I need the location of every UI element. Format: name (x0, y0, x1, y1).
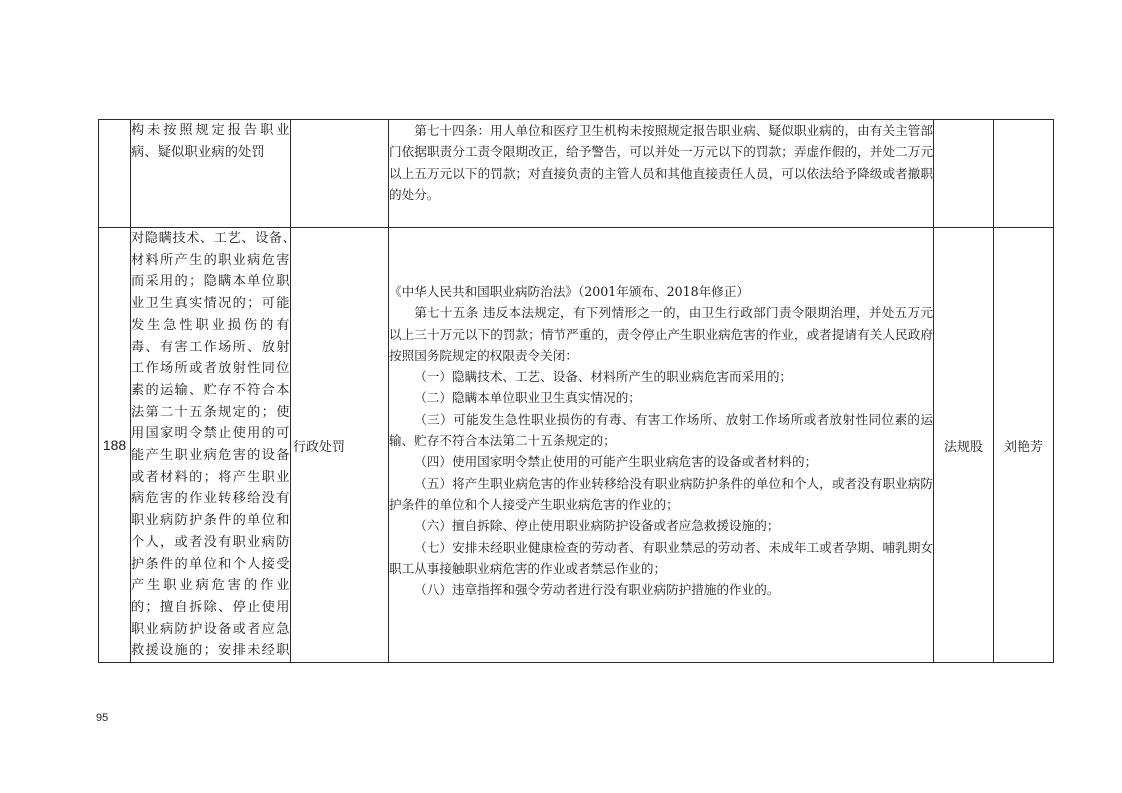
legal-basis-paragraph: 第七十四条：用人单位和医疗卫生机构未按照规定报告职业病、疑似职业病的，由有关主管… (389, 120, 933, 205)
item-name-line: 的；擅自拆除、停止使用 (131, 597, 290, 619)
item-name-line: 能产生职业病危害的设备 (131, 445, 290, 467)
item-number-cell (99, 120, 131, 228)
item-name-line: 对隐瞒技术、工艺、设备、 (131, 228, 290, 250)
legal-basis-clause: （六）擅自拆除、停止使用职业病防护设备或者应急救援设施的； (389, 515, 933, 536)
item-type-cell (291, 120, 389, 228)
item-number-cell: 188 (99, 228, 131, 663)
legal-basis-clause: （二）隐瞒本单位职业卫生真实情况的； (389, 387, 933, 408)
item-name-line: 职业病防护设备或者应急 (131, 619, 290, 641)
item-type-cell: 行政处罚 (291, 228, 389, 663)
item-name-line: 业卫生真实情况的；可能 (131, 293, 290, 315)
responsible-person-cell: 刘艳芳 (994, 228, 1054, 663)
item-name-line: 个人，或者没有职业病防 (131, 532, 290, 554)
legal-basis-clause: （七）安排未经职业健康检查的劳动者、有职业禁忌的劳动者、未成年工或者孕期、哺乳期… (389, 537, 933, 580)
item-name-line: 病、疑似职业病的处罚 (131, 142, 290, 164)
department-cell (934, 120, 994, 228)
item-name-line: 救援设施的；安排未经职 (131, 640, 290, 662)
responsible-person-cell (994, 120, 1054, 228)
item-name-line: 法第二十五条规定的；使 (131, 402, 290, 424)
item-name-line: 职业病防护条件的单位和 (131, 510, 290, 532)
law-title: 《中华人民共和国职业病防治法》（2001年颁布、2018年修正） (389, 281, 933, 302)
item-name-line: 构未按照规定报告职业 (131, 120, 290, 142)
item-name-line: 工作场所或者放射性同位 (131, 358, 290, 380)
item-name-cell: 对隐瞒技术、工艺、设备、 材料所产生的职业病危害 而采用的；隐瞒本单位职 业卫生… (131, 228, 291, 663)
item-name-line: 毒、有害工作场所、放射 (131, 337, 290, 359)
item-name-line: 素的运输、贮存不符合本 (131, 380, 290, 402)
item-name-line: 用国家明令禁止使用的可 (131, 423, 290, 445)
item-name-line: 病危害的作业转移给没有 (131, 488, 290, 510)
legal-basis-cell: 《中华人民共和国职业病防治法》（2001年颁布、2018年修正） 第七十五条 违… (389, 228, 934, 663)
legal-basis-clause: （四）使用国家明令禁止使用的可能产生职业病危害的设备或者材料的； (389, 451, 933, 472)
legal-basis-paragraph: 第七十五条 违反本法规定，有下列情形之一的，由卫生行政部门责令限期治理，并处五万… (389, 302, 933, 366)
table-row: 188 对隐瞒技术、工艺、设备、 材料所产生的职业病危害 而采用的；隐瞒本单位职… (99, 228, 1054, 663)
legal-basis-clause: （五）将产生职业病危害的作业转移给没有职业病防护条件的单位和个人，或者没有职业病… (389, 473, 933, 516)
penalty-table: 构未按照规定报告职业 病、疑似职业病的处罚 第七十四条：用人单位和医疗卫生机构未… (98, 119, 1054, 663)
item-name-cell: 构未按照规定报告职业 病、疑似职业病的处罚 (131, 120, 291, 228)
page-number: 95 (96, 712, 108, 724)
legal-basis-cell: 第七十四条：用人单位和医疗卫生机构未按照规定报告职业病、疑似职业病的，由有关主管… (389, 120, 934, 228)
legal-basis-clause: （八）违章指挥和强令劳动者进行没有职业病防护措施的作业的。 (389, 579, 933, 600)
item-name-line: 护条件的单位和个人接受 (131, 554, 290, 576)
legal-basis-clause: （三）可能发生急性职业损伤的有毒、有害工作场所、放射工作场所或者放射性同位素的运… (389, 409, 933, 452)
legal-basis-clause: （一）隐瞒技术、工艺、设备、材料所产生的职业病危害而采用的； (389, 366, 933, 387)
item-name-line: 而采用的；隐瞒本单位职 (131, 271, 290, 293)
item-name-line: 或者材料的；将产生职业 (131, 467, 290, 489)
item-name-line: 产生职业病危害的作业 (131, 575, 290, 597)
item-name-line: 发生急性职业损伤的有 (131, 315, 290, 337)
item-name-line: 材料所产生的职业病危害 (131, 250, 290, 272)
table-row: 构未按照规定报告职业 病、疑似职业病的处罚 第七十四条：用人单位和医疗卫生机构未… (99, 120, 1054, 228)
document-page: 构未按照规定报告职业 病、疑似职业病的处罚 第七十四条：用人单位和医疗卫生机构未… (0, 0, 1122, 793)
department-cell: 法规股 (934, 228, 994, 663)
